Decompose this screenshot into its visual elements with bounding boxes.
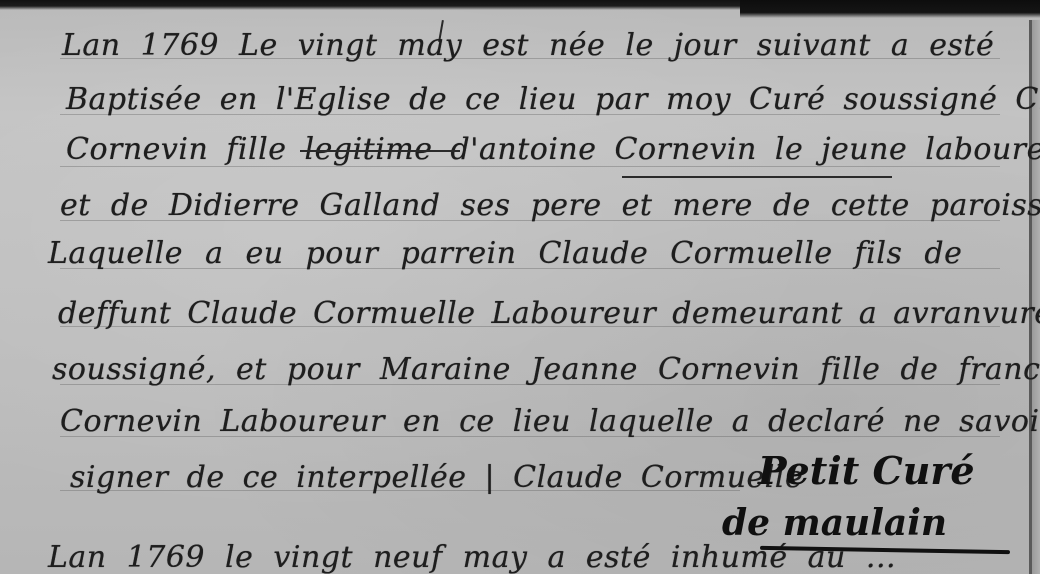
register-line-5: Laquelle a eu pour parrein Claude Cormue… [48, 236, 962, 271]
page-top-edge-shadow-right [740, 0, 1040, 18]
register-line-8: Cornevin Laboureur en ce lieu laquelle a… [60, 404, 1040, 439]
register-line-6: deffunt Claude Cormuelle Laboureur demeu… [58, 296, 1040, 331]
register-page: Lan 1769 Le vingt may est née le jour su… [0, 0, 1040, 574]
curate-signature: Petit Curé [758, 448, 975, 493]
register-line-9: signer de ce interpellée | Claude Cormue… [70, 460, 803, 495]
name-underline [622, 176, 892, 178]
strikethrough-mark [300, 150, 460, 152]
register-line-4: et de Didierre Galland ses pere et mere … [60, 188, 1040, 223]
curate-signature-place: de maulain [722, 502, 947, 544]
register-line-1: Lan 1769 Le vingt may est née le jour su… [62, 28, 994, 63]
register-line-2: Baptisée en l'Eglise de ce lieu par moy … [66, 82, 1040, 117]
register-line-7: soussigné, et pour Maraine Jeanne Cornev… [52, 352, 1040, 387]
register-line-3: Cornevin fille legitime d'antoine Cornev… [66, 132, 1040, 167]
